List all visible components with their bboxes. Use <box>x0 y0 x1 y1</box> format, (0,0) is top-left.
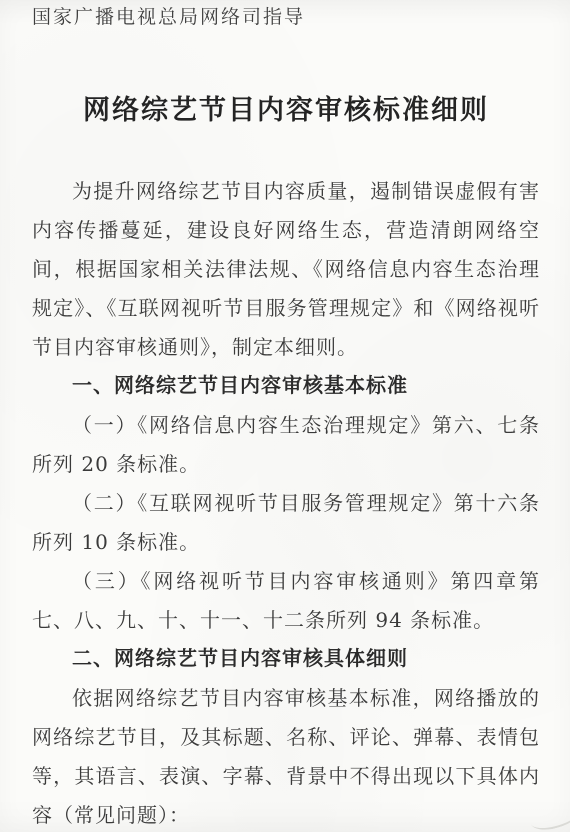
page-title: 网络综艺节目内容审核标准细则 <box>32 92 540 128</box>
paragraph-clause-1: （一）《网络信息内容生态治理规定》第六、七条所列 20 条标准。 <box>32 406 540 484</box>
section-heading-basic-standards: 一、网络综艺节目内容审核基本标准 <box>32 367 540 406</box>
section-heading-specific-rules: 二、网络综艺节目内容审核具体细则 <box>32 640 540 679</box>
header-note: 国家广播电视总局网络司指导 <box>32 4 540 30</box>
document-page: 国家广播电视总局网络司指导 网络综艺节目内容审核标准细则 为提升网络综艺节目内容… <box>0 0 570 832</box>
paragraph-specific-intro: 依据网络综艺节目内容审核基本标准，网络播放的网络综艺节目，及其标题、名称、评论、… <box>32 679 540 832</box>
document-body: 为提升网络综艺节目内容质量，遏制错误虚假有害内容传播蔓延，建设良好网络生态，营造… <box>32 172 540 832</box>
paragraph-clause-3: （三）《网络视听节目内容审核通则》第四章第七、八、九、十、十一、十二条所列 94… <box>32 562 540 640</box>
paragraph-preamble: 为提升网络综艺节目内容质量，遏制错误虚假有害内容传播蔓延，建设良好网络生态，营造… <box>32 172 540 367</box>
paragraph-clause-2: （二）《互联网视听节目服务管理规定》第十六条所列 10 条标准。 <box>32 484 540 562</box>
